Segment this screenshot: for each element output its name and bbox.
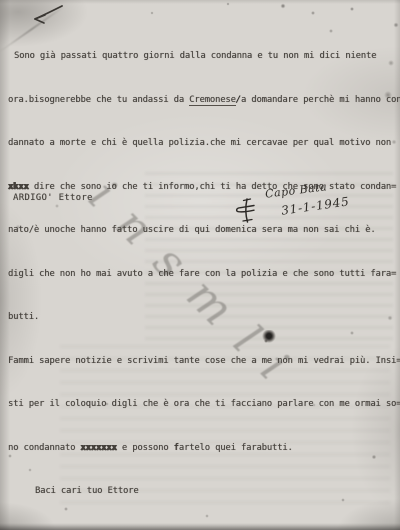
underlined-word: Cremonese [189,95,236,106]
letter-line: nato/è unoche hanno fatto uscire di qui … [8,223,398,238]
letter-line: digli che non ho mai avuto a che fare co… [8,267,398,282]
scan-edge-bottom [0,523,400,530]
line4-post: dire che sono io che ti informo,chi ti h… [29,182,397,192]
letter-closing: Baci cari tuo Ettore [8,484,398,499]
letter-line: xkxx dire che sono io che ti informo,chi… [8,180,398,195]
line10-pre: no condannato [8,443,80,453]
line10-mid: e possono [117,443,174,453]
line2-post: a domandare perchè mi hanno con [241,95,400,105]
letter-line: Fammi sapere notizie e scrivimi tante co… [8,354,398,369]
letter-text: Sono già passati quattro giorni dalla co… [8,20,398,528]
ink-blot [262,330,276,344]
letter-line: butti. [8,310,398,325]
letter-line: ora.bisognerebbe che tu andassi da Cremo… [8,93,398,108]
letter-line: Sono già passati quattro giorni dalla co… [8,49,398,64]
letter-line: no condannato xxxxxxx e possono fartelo … [8,441,398,456]
scan-edge-right [394,0,400,530]
line10-post: artelo quei farabutti. [179,443,293,453]
struck-out-text: xkxx [8,182,29,192]
letter-line: sti per il coloquio digli che è ora che … [8,397,398,412]
scan-edge-top [0,0,400,4]
letter-line: dannato a morte e chi è quella polizia.c… [8,136,398,151]
typed-signature: ARDIGO' Ettore [13,193,93,203]
letter-page: insmli Sono già passati quattro giorni d… [0,0,400,530]
line2-pre: ora.bisognerebbe che tu andassi da [8,95,189,105]
archivist-cross-mark [233,196,259,224]
struck-out-text: xxxxxxx [80,443,116,453]
scan-edge-left [0,0,10,530]
